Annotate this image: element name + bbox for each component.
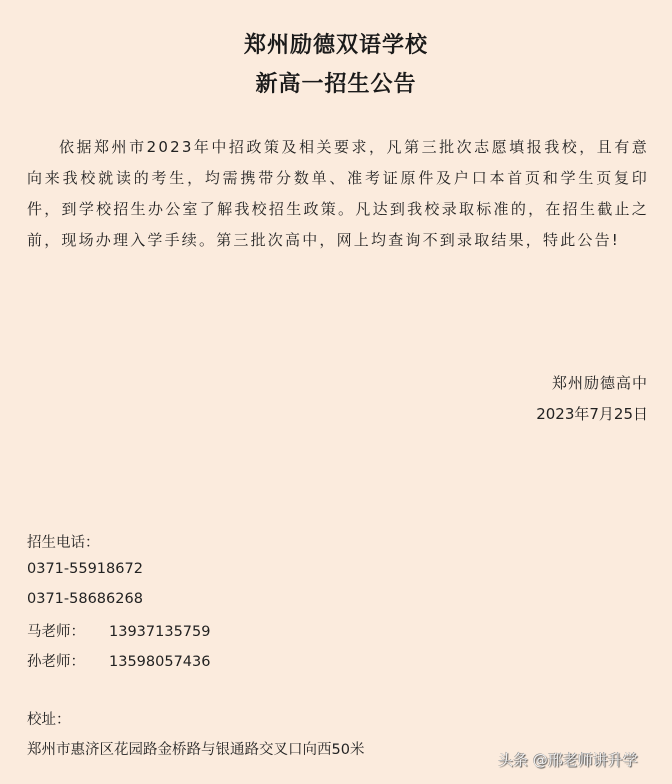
school-name-title: 郑州励德双语学校 xyxy=(0,28,672,59)
signature-date: 2023年7月25日 xyxy=(536,403,648,424)
watermark: 头条 @邢老师讲升学 xyxy=(498,749,638,770)
teacher-name: 马老师： xyxy=(27,620,109,641)
teacher-contact-1: 马老师：13937135759 xyxy=(27,620,210,641)
teacher-phone: 13937135759 xyxy=(109,624,210,640)
announcement-body: 依据郑州市2023年中招政策及相关要求，凡第三批次志愿填报我校，且有意向来我校就… xyxy=(27,132,649,256)
phone-number-1: 0371-55918672 xyxy=(27,561,143,577)
address-value: 郑州市惠济区花园路金桥路与银通路交叉口向西50米 xyxy=(27,738,364,759)
teacher-contact-2: 孙老师：13598057436 xyxy=(27,650,210,671)
phone-number-2: 0371-58686268 xyxy=(27,591,143,607)
teacher-name: 孙老师： xyxy=(27,650,109,671)
signature-organization: 郑州励德高中 xyxy=(552,372,648,393)
address-label: 校址： xyxy=(27,708,71,729)
announcement-title: 新高一招生公告 xyxy=(0,67,672,98)
contact-label: 招生电话： xyxy=(27,531,100,552)
teacher-phone: 13598057436 xyxy=(109,654,210,670)
